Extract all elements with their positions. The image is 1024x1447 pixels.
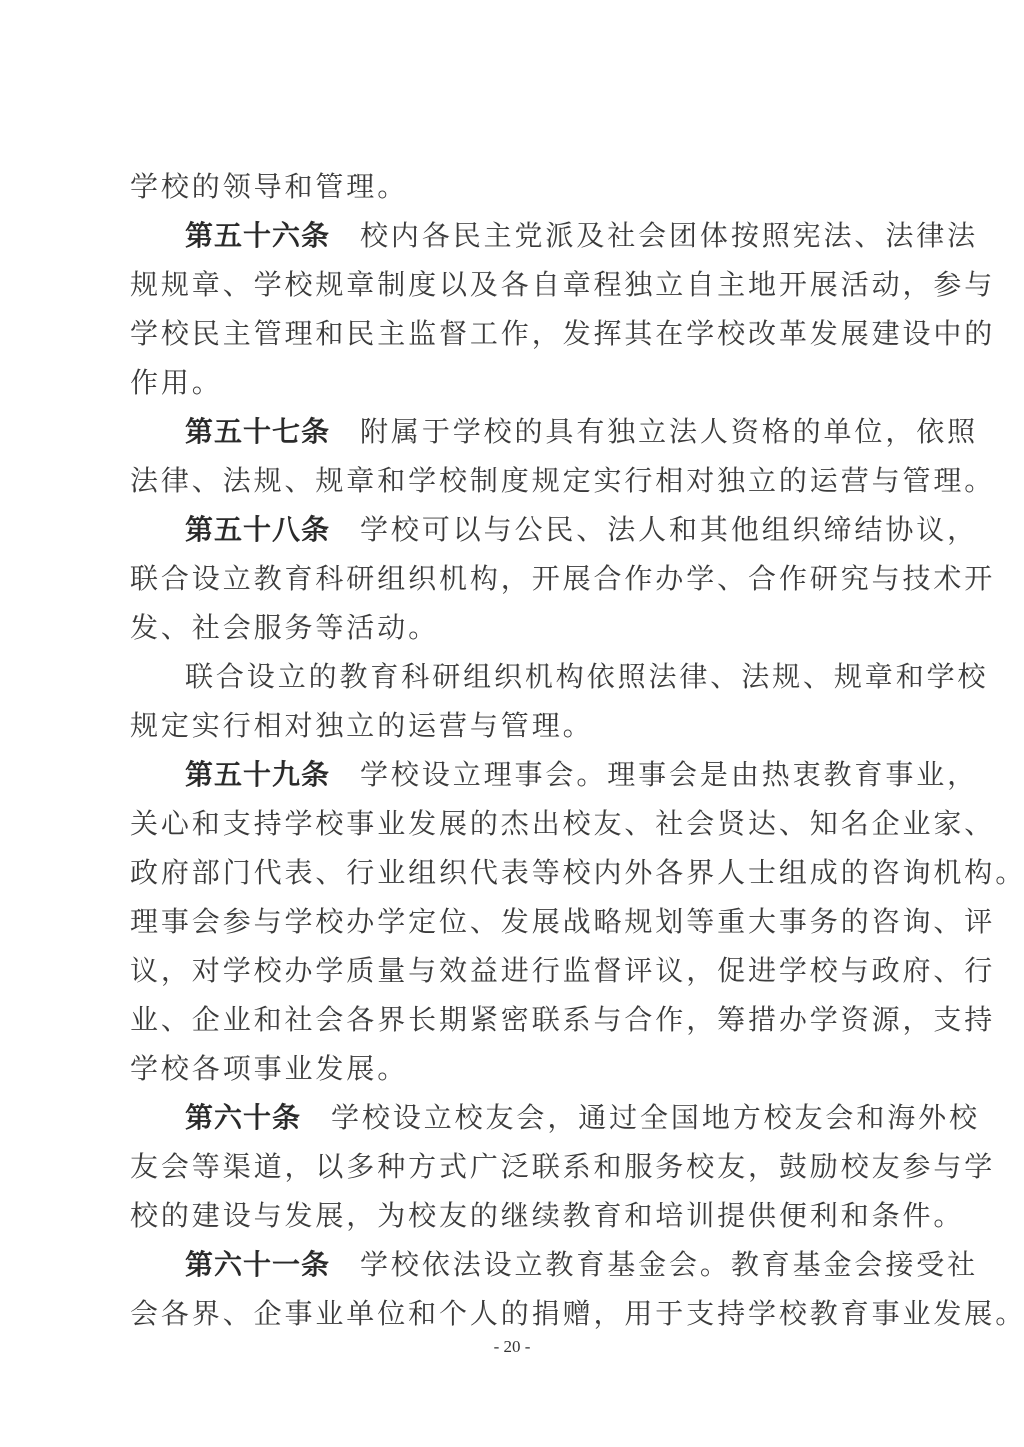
text-line: 业、企业和社会各界长期紧密联系与合作，筹措办学资源，支持	[130, 995, 906, 1044]
text-line: 作用。	[130, 358, 906, 407]
text-line: 学校民主管理和民主监督工作，发挥其在学校改革发展建设中的	[130, 309, 906, 358]
article-61-first-line: 第六十一条学校依法设立教育基金会。教育基金会接受社	[130, 1240, 906, 1289]
text-line: 法律、法规、规章和学校制度规定实行相对独立的运营与管理。	[130, 456, 906, 505]
text-line: 联合设立的教育科研组织机构依照法律、法规、规章和学校	[130, 652, 906, 701]
article-57-first-line: 第五十七条附属于学校的具有独立法人资格的单位，依照	[130, 407, 906, 456]
article-heading: 第五十九条	[185, 758, 330, 791]
text-line: 规规章、学校规章制度以及各自章程独立自主地开展活动，参与	[130, 260, 906, 309]
article-heading: 第五十七条	[185, 415, 330, 448]
article-heading: 第六十一条	[185, 1248, 330, 1281]
article-58-first-line: 第五十八条学校可以与公民、法人和其他组织缔结协议，	[130, 505, 906, 554]
page-number: - 20 -	[0, 1337, 1024, 1357]
document-body: 学校的领导和管理。 第五十六条校内各民主党派及社会团体按照宪法、法律法 规规章、…	[130, 162, 906, 1338]
text-line: 联合设立教育科研组织机构，开展合作办学、合作研究与技术开	[130, 554, 906, 603]
text-line: 政府部门代表、行业组织代表等校内外各界人士组成的咨询机构。	[130, 848, 906, 897]
text-line: 学校各项事业发展。	[130, 1044, 906, 1093]
text-line: 议，对学校办学质量与效益进行监督评议，促进学校与政府、行	[130, 946, 906, 995]
text-line: 校的建设与发展，为校友的继续教育和培训提供便利和条件。	[130, 1191, 906, 1240]
text-line: 规定实行相对独立的运营与管理。	[130, 701, 906, 750]
text-line: 关心和支持学校事业发展的杰出校友、社会贤达、知名企业家、	[130, 799, 906, 848]
article-heading: 第六十条	[185, 1101, 301, 1134]
text-line: 理事会参与学校办学定位、发展战略规划等重大事务的咨询、评	[130, 897, 906, 946]
article-60-first-line: 第六十条学校设立校友会，通过全国地方校友会和海外校	[130, 1093, 906, 1142]
article-59-first-line: 第五十九条学校设立理事会。理事会是由热衷教育事业，	[130, 750, 906, 799]
text-line: 学校的领导和管理。	[130, 162, 906, 211]
article-heading: 第五十六条	[185, 219, 330, 252]
text-line: 友会等渠道，以多种方式广泛联系和服务校友，鼓励校友参与学	[130, 1142, 906, 1191]
text-line: 会各界、企事业单位和个人的捐赠，用于支持学校教育事业发展。	[130, 1289, 906, 1338]
article-56-first-line: 第五十六条校内各民主党派及社会团体按照宪法、法律法	[130, 211, 906, 260]
article-heading: 第五十八条	[185, 513, 330, 546]
text-line: 发、社会服务等活动。	[130, 603, 906, 652]
